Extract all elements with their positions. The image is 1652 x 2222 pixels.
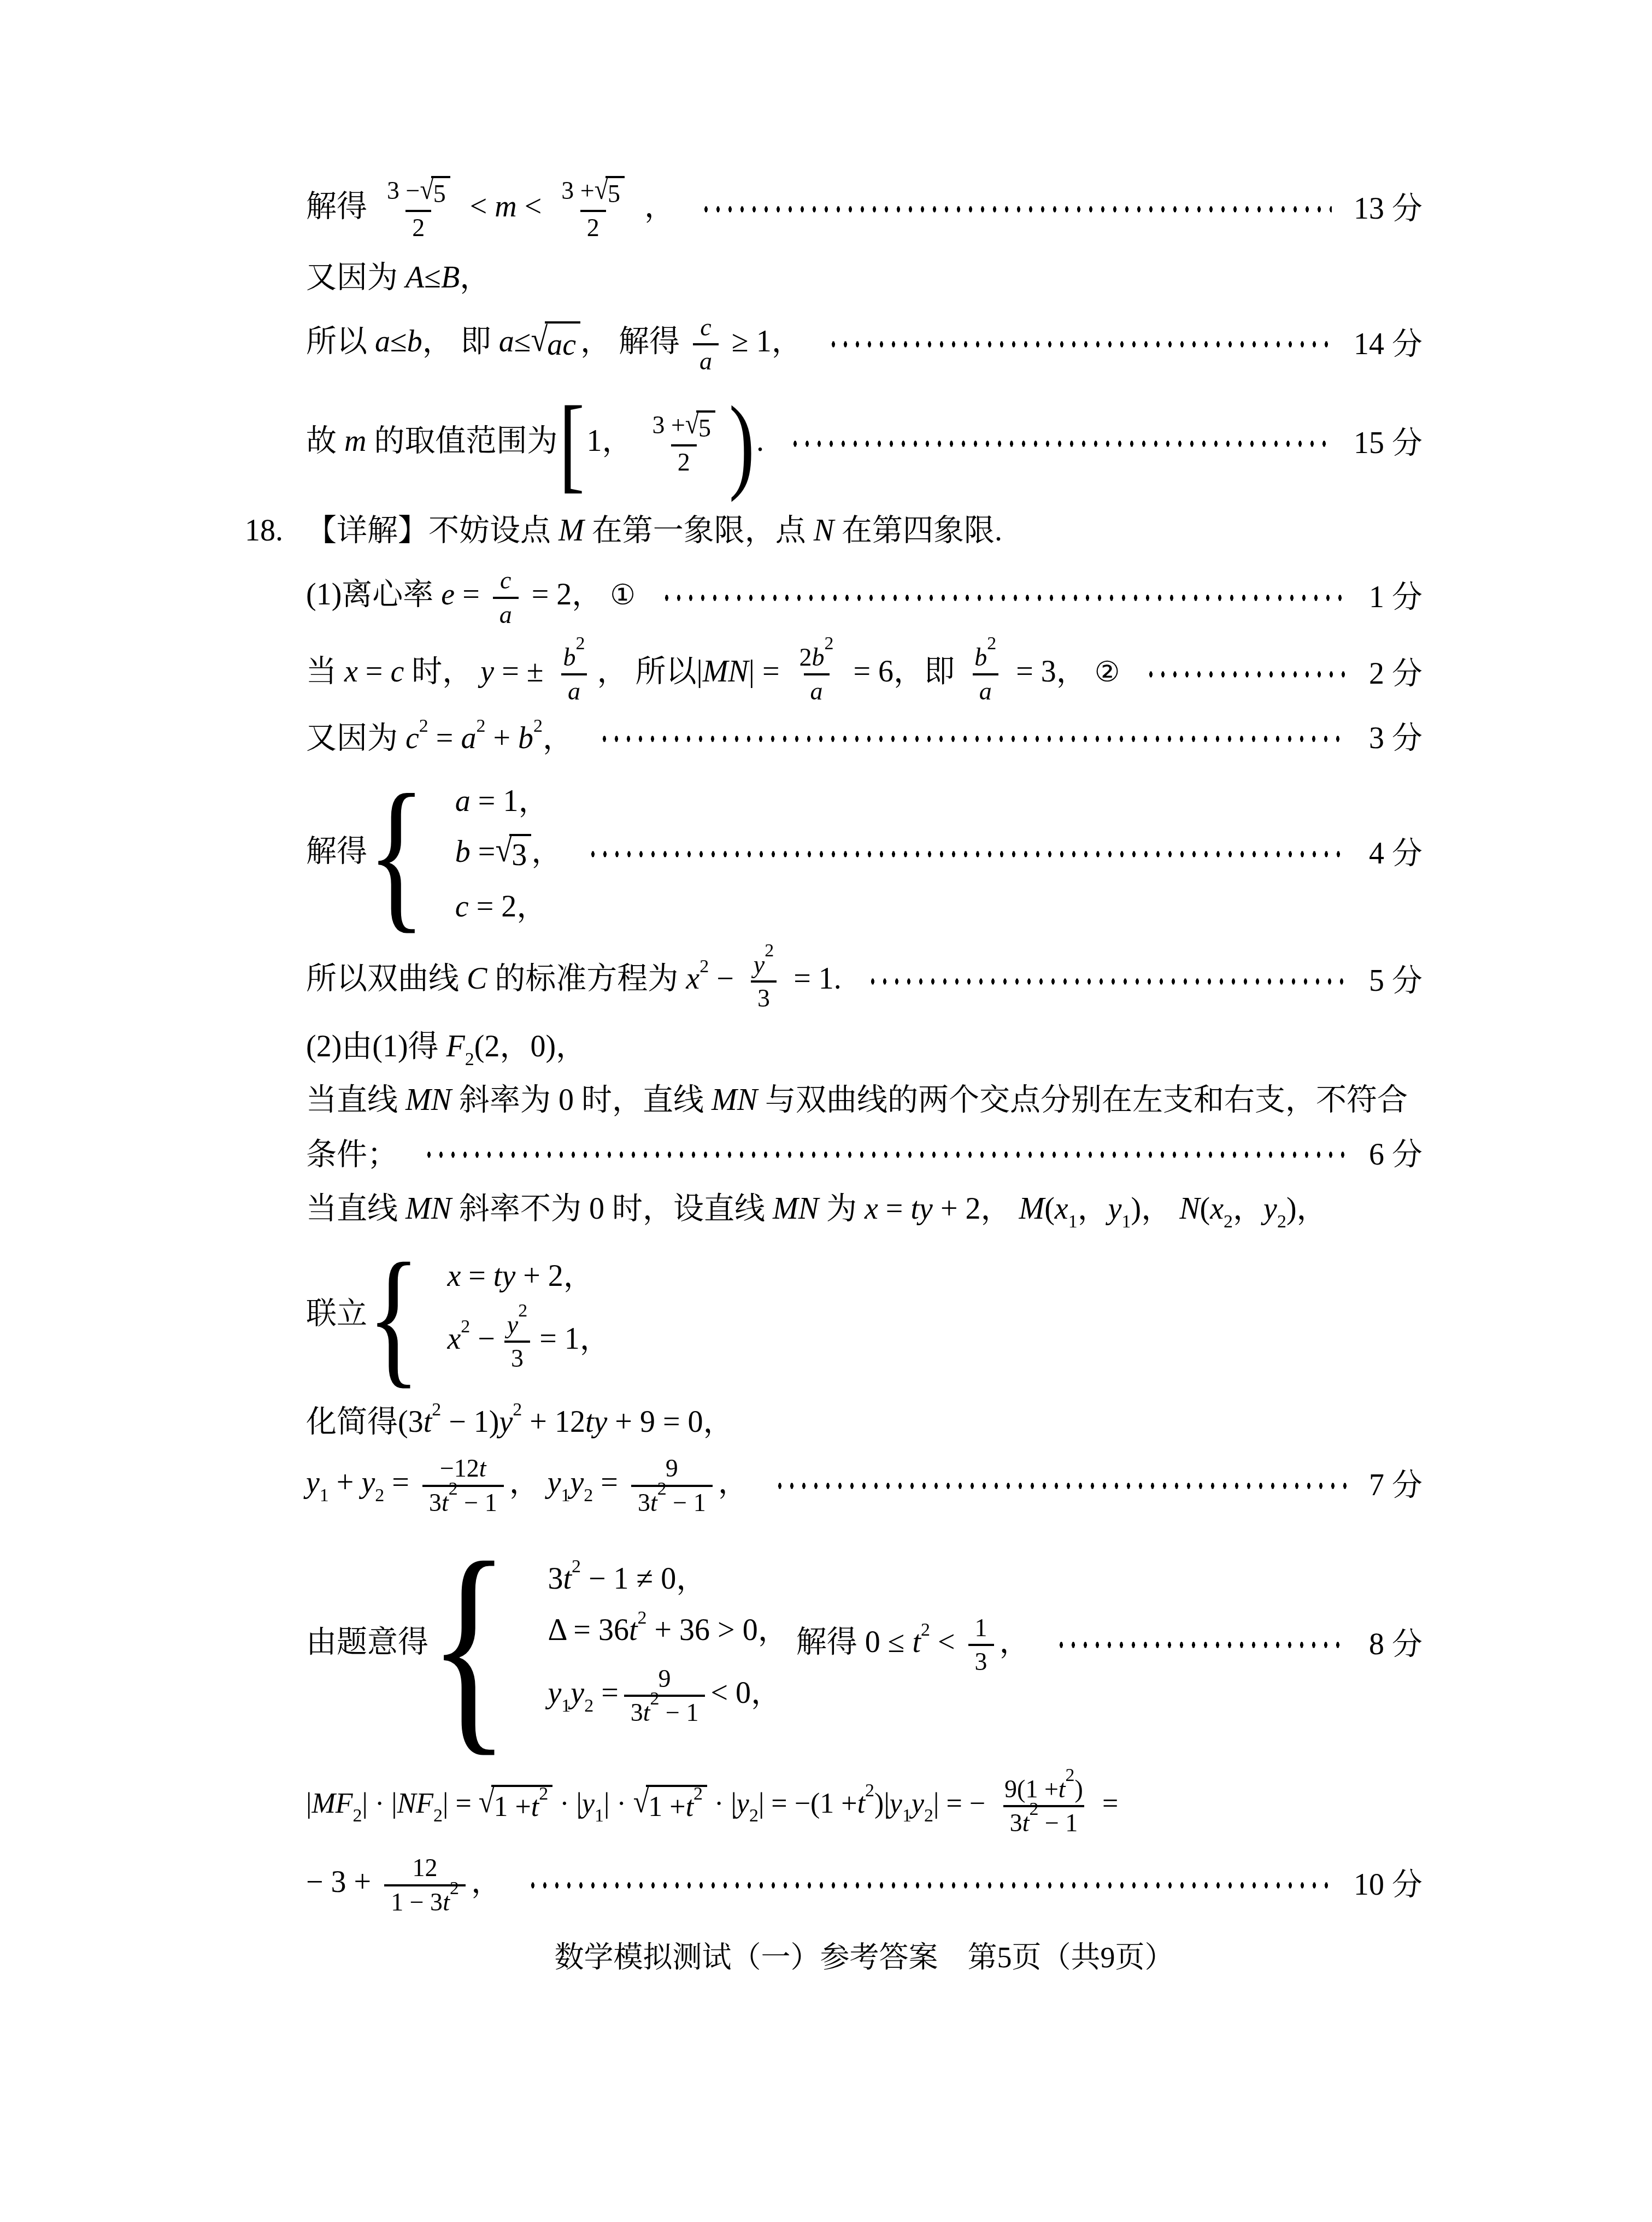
text-L3.cm3: ，	[772, 325, 802, 358]
text-L1.f2r: 5	[605, 176, 625, 209]
line-solve-abc-cases: 解得{ a = 1， b =√3， c = 2， 4 分	[306, 769, 1422, 939]
cases-group: { a = 1， b =√3， c = 2，	[367, 769, 562, 939]
text-L18.r2a: Δ = 36	[548, 1613, 629, 1647]
text-L7.f1n: b	[563, 643, 576, 671]
left-brace: {	[367, 1240, 420, 1393]
text-L15.r1x: x	[447, 1259, 461, 1293]
text-L19.tt: t	[857, 1788, 865, 1819]
dotted-leader	[528, 1879, 1332, 1891]
interval-right-paren: )	[729, 391, 755, 497]
text-L18.r3end: < 0，	[710, 1676, 781, 1710]
text-L8.a: a	[461, 721, 476, 755]
text-L19.fn2: )	[1075, 1775, 1083, 1803]
element: x = ty + 2， x2 −y23= 1，	[447, 1258, 610, 1375]
dotted-leader	[424, 1149, 1347, 1161]
text-L4.fn: 3 +	[652, 411, 685, 439]
text-L5.N: N	[814, 514, 834, 548]
text-L7.c: c	[390, 655, 404, 689]
element: 3t2 − 1	[1003, 1805, 1085, 1839]
element: 18.【详解】不妨设点 M 在第一象限，点 N 在第四象限.	[306, 510, 1002, 552]
text-L4.fd: 2	[671, 444, 697, 478]
text-L3.a2: a	[499, 325, 514, 358]
left-brace: {	[428, 1527, 510, 1762]
radical-sign: √	[495, 830, 512, 871]
text-n.two: 2	[533, 716, 543, 736]
text-L7.b2: |	[749, 655, 755, 689]
text-L6.fd: a	[493, 597, 519, 631]
element: −12t	[433, 1453, 493, 1484]
sqrt-radical: √5	[595, 176, 625, 209]
text-n.two: 2	[865, 1780, 874, 1801]
text-L19.eq: =	[1102, 1788, 1118, 1819]
element: 解得 3 −√5 2 < m < 3 +√5 2 ，	[306, 175, 675, 244]
text-L15.fn: y	[507, 1310, 518, 1338]
fraction: ca	[493, 565, 519, 631]
text-L16.t1: t	[424, 1405, 432, 1439]
element: 9(1 +t2)	[998, 1773, 1090, 1805]
text-L19.mf: MF	[311, 1788, 352, 1819]
text-L7.eq4: = 6，	[854, 655, 925, 689]
text-L8.pl: +	[493, 721, 510, 755]
text-L19.r2a: 1 +	[648, 1791, 685, 1823]
score-label: 2 分	[1369, 654, 1422, 695]
cases-group: { x = ty + 2， x2 −y23= 1，	[367, 1240, 610, 1393]
text-L6.k1: (1)离心率	[306, 578, 433, 612]
text-n.two: 2	[449, 1479, 458, 1499]
text-L7.k1: 当	[306, 655, 337, 689]
case-row: x = ty + 2，	[447, 1258, 593, 1295]
fraction: b2a	[557, 642, 592, 708]
text-L7.y: y	[480, 655, 494, 689]
element: 3 +√5	[645, 409, 722, 444]
text-L7.k2: 时，	[411, 655, 473, 689]
element: 当直线 MN 斜率不为 0 时，设直线 MN 为 x = ty + 2， M(x…	[306, 1189, 1327, 1230]
case-row: c = 2，	[455, 889, 547, 925]
fraction: 13	[968, 1612, 994, 1678]
text-L16.p2: − 1)	[449, 1405, 499, 1439]
text-L7.k4: 即	[924, 655, 955, 689]
text-L19.yb: y	[737, 1788, 749, 1819]
score-label: 5 分	[1369, 961, 1422, 1002]
text-L10.C: C	[467, 962, 487, 996]
fraction: 3 −√5 2	[380, 175, 457, 244]
text-L10.eq: = 1.	[793, 962, 842, 996]
text-L14.M: M	[1019, 1192, 1044, 1226]
text-L18.fd2: − 1	[666, 1698, 698, 1726]
text-L7.eq3: =	[762, 655, 780, 689]
element: 当 x = c 时， y = ± b2a， 所以|MN| = 2b2a = 6，…	[306, 642, 1120, 708]
text-L17.yd: y	[571, 1466, 584, 1500]
line-eccentricity: (1)离心率 e = ca = 2， ① 1 分	[306, 565, 1422, 631]
sqrt-radical: √1 +t2	[633, 1785, 707, 1826]
text-n.one: 1	[902, 1806, 912, 1826]
text-L14.ty: ty	[910, 1192, 932, 1226]
case-row: 3t2 − 1 ≠ 0，	[548, 1561, 707, 1597]
text-L12.k2: 斜率为 0 时，直线	[459, 1083, 704, 1117]
text-n.two: 2	[353, 1806, 362, 1826]
text-L7.eq2: = ±	[502, 655, 543, 689]
answer-sheet-page: 解得 3 −√5 2 < m < 3 +√5 2 ， 13 分 又因为 A≤B，…	[0, 0, 1652, 2222]
text-L13.k: 条件；	[306, 1138, 398, 1172]
text-L19.b1: |	[306, 1788, 311, 1819]
text-L4.fr: 5	[696, 410, 715, 443]
text-L9.r2cm: ，	[531, 835, 562, 869]
text-n.two: 2	[461, 1316, 470, 1337]
text-L20.fn: 12	[406, 1852, 444, 1884]
fraction: y23	[501, 1309, 534, 1375]
text-L9.r1v: a	[455, 784, 471, 818]
text-L2.k: 又因为	[306, 261, 398, 295]
text-L1.k: 解得	[306, 190, 367, 224]
text-L7.x: x	[344, 655, 358, 689]
text-L19.nf: NF	[397, 1788, 433, 1819]
text-n.two: 2	[584, 1486, 593, 1506]
text-L14.k3: 为	[826, 1192, 857, 1226]
element: y1 + y2 = −12t3t2 − 1， y1y2 = 93t2 − 1，	[306, 1453, 749, 1519]
text-L12.mn2: MN	[712, 1083, 757, 1117]
text-L7.f2d: a	[804, 673, 830, 707]
text-L16.p4: + 9 = 0，	[615, 1405, 733, 1439]
dotted-leader	[1146, 668, 1347, 680]
text-L16.p1: (3	[398, 1405, 424, 1439]
text-L10.x: x	[686, 962, 699, 996]
radical-sign: √	[685, 407, 699, 440]
text-L3.cm1: ，	[422, 325, 453, 358]
text-L3.k1: 所以	[306, 325, 367, 358]
element: 3 −√5	[380, 175, 457, 210]
text-L6.e: e	[441, 578, 455, 612]
text-L14.mn2: MN	[773, 1192, 819, 1226]
text-L11.k1: (2)由(1)得	[306, 1030, 439, 1063]
text-n.two: 2	[921, 1620, 930, 1640]
radical-sign: √	[531, 318, 548, 364]
text-L1.cm: ，	[644, 190, 675, 224]
text-n.one: 1	[595, 1806, 604, 1826]
element: (1)离心率 e = ca = 2， ①	[306, 565, 636, 631]
case-row: a = 1，	[455, 783, 549, 820]
sqrt-radical: √3	[495, 834, 531, 874]
case-row: x2 −y23= 1，	[447, 1309, 610, 1375]
text-L17.f1d3: − 1	[464, 1489, 497, 1516]
text-L1.lt1: <	[470, 190, 487, 224]
text-L14.k2: 斜率不为 0 时，设直线	[459, 1192, 765, 1226]
dotted-leader	[701, 203, 1332, 215]
line-latus-rectum: 当 x = c 时， y = ± b2a， 所以|MN| = 2b2a = 6，…	[306, 642, 1422, 708]
score-label: 8 分	[1369, 1624, 1422, 1666]
element: 2b2	[793, 642, 840, 673]
text-L10.k1: 所以双曲线	[306, 962, 459, 996]
text-L18.k1: 由题意得	[306, 1625, 428, 1659]
text-L18.r3eq: =	[601, 1676, 619, 1710]
text-L18.fdt: t	[643, 1698, 650, 1726]
text-L1.m: m	[495, 190, 516, 224]
line-slope-nonzero-setup: 当直线 MN 斜率不为 0 时，设直线 MN 为 x = ty + 2， M(x…	[306, 1189, 1422, 1230]
text-L14.eq: =	[886, 1192, 903, 1226]
text-L10.k2: 的标准方程为	[495, 962, 678, 996]
text-L14.mn1: MN	[405, 1192, 451, 1226]
text-L5.k2: 在第一象限，点	[592, 514, 806, 548]
element: b2	[968, 642, 1003, 673]
text-L19.fnt: t	[1059, 1775, 1066, 1803]
text-n.one: 1	[561, 1486, 571, 1506]
fraction: 93t2 − 1	[624, 1663, 706, 1729]
text-L15.r1ty: ty	[493, 1259, 515, 1293]
text-L15.r1eq: =	[468, 1259, 486, 1293]
text-L14.k1: 当直线	[306, 1192, 398, 1226]
line-final-value: − 3 + 121 − 3t2， 10 分	[306, 1852, 1422, 1918]
text-L16.p3: + 12	[530, 1405, 585, 1439]
score-label: 7 分	[1369, 1465, 1422, 1507]
text-L18.r1a: 3	[548, 1562, 563, 1596]
text-L3.le2: ≤	[514, 325, 531, 358]
line-condition: 条件； 6 分	[306, 1134, 1422, 1176]
text-L7.f3n: b	[974, 643, 987, 671]
element: 所以 a≤b， 即 a≤√ac， 解得 ca ≥ 1，	[306, 311, 802, 378]
text-L19.fd1: 3	[1010, 1809, 1022, 1837]
text-L17.pl: +	[337, 1466, 354, 1500]
sqrt-radical: √1 +t2	[479, 1785, 552, 1826]
element: 1 +t2	[491, 1785, 552, 1826]
text-n.two: 2	[375, 1486, 384, 1506]
text-L18.f2n: 1	[968, 1612, 994, 1644]
text-L9.r1: = 1，	[478, 784, 549, 818]
line-because-A-le-B: 又因为 A≤B，	[306, 257, 1422, 299]
text-L17.f2d3: − 1	[673, 1489, 706, 1516]
text-L20.fd1: 1 − 3	[391, 1888, 443, 1916]
text-n.two: 2	[432, 1400, 441, 1420]
text-L19.fdt: t	[1022, 1809, 1030, 1837]
text-L19.b7: | = −	[933, 1788, 985, 1819]
text-L4.k1: 故	[306, 424, 337, 458]
text-L3.ge: ≥ 1	[732, 325, 772, 358]
element: a = 1， b =√3， c = 2，	[455, 783, 562, 925]
line-m-range: 故 m 的取值范围为[1， 3 +√5 2 ). 15 分	[306, 391, 1422, 497]
dotted-leader	[868, 975, 1347, 987]
dotted-leader	[790, 438, 1332, 450]
text-n.two: 2	[1277, 1212, 1286, 1232]
sqrt-radical: √ac	[531, 321, 580, 366]
text-L15.k: 联立	[306, 1297, 367, 1331]
text-n.two: 2	[465, 1049, 474, 1069]
dotted-leader	[588, 848, 1347, 860]
text-L17.eq2: =	[601, 1466, 618, 1500]
text-L4.dot: .	[756, 424, 764, 458]
text-L17.ya: y	[306, 1466, 320, 1500]
text-L2.B: B	[441, 261, 460, 295]
text-L12.k3: 与双曲线的两个交点分别在左支和右支，不符合	[765, 1083, 1408, 1117]
text-L19.b4: | ·	[604, 1788, 626, 1819]
text-L19.ya: y	[582, 1788, 595, 1819]
text-L4.m: m	[344, 424, 366, 458]
text-L18.r2t: t	[629, 1613, 638, 1647]
score-label: 13 分	[1354, 189, 1422, 230]
text-L14.y2: y	[1263, 1192, 1277, 1226]
text-L6.eq1: =	[462, 578, 480, 612]
text-L4.k2: 的取值范围为	[374, 424, 557, 458]
text-L14.cm2: ，	[1233, 1192, 1263, 1226]
text-L14.rp2: )，	[1286, 1192, 1327, 1226]
element: 当直线 MN 斜率为 0 时，直线 MN 与双曲线的两个交点分别在左支和右支，不…	[306, 1080, 1408, 1121]
text-L16.y: y	[499, 1405, 513, 1439]
text-L17.f2d2: t	[650, 1489, 657, 1516]
text-L18.lt: <	[938, 1625, 955, 1659]
text-L15.r2x: x	[447, 1322, 461, 1356]
fraction: 3 +√5 2	[645, 409, 722, 479]
text-L18.r3yb: y	[571, 1676, 584, 1710]
text-n.two: 2	[987, 633, 996, 654]
text-L8.k: 又因为	[306, 721, 398, 755]
element: 解得{ a = 1， b =√3， c = 2，	[306, 769, 562, 939]
element: 由题意得{ 3t2 − 1 ≠ 0， Δ = 36t2 + 36 > 0， y1…	[306, 1527, 1030, 1762]
score-label: 4 分	[1369, 833, 1422, 875]
text-n.two: 2	[699, 956, 709, 977]
text-L11.rest: (2，0)，	[474, 1030, 586, 1063]
text-L14.p2: + 2，	[940, 1192, 1012, 1226]
text-L18.t: t	[912, 1625, 921, 1659]
text-L3.k3: 解得	[619, 325, 680, 358]
line-item-18-intro: 18.【详解】不妨设点 M 在第一象限，点 N 在第四象限.	[306, 510, 1422, 552]
text-L8.b: b	[518, 721, 533, 755]
text-L6.fn: c	[493, 565, 518, 596]
text-n.two: 2	[419, 716, 428, 736]
radical-sign: √	[595, 173, 608, 206]
text-L15.fd: 3	[504, 1341, 530, 1374]
element: 3t2 − 1 ≠ 0， Δ = 36t2 + 36 > 0， y1y2 =93…	[548, 1561, 788, 1729]
text-L18.r3ya: y	[548, 1676, 561, 1710]
text-n.two: 2	[765, 940, 774, 961]
text-L14.lp1: (	[1044, 1192, 1055, 1226]
text-L18.cm: ，	[1000, 1625, 1030, 1659]
left-brace: {	[367, 769, 426, 939]
dotted-leader	[599, 733, 1347, 745]
text-L1.f1d: 2	[405, 210, 431, 244]
interval-left-bracket: [	[560, 391, 585, 497]
text-L19.yd: y	[912, 1788, 924, 1819]
text-L20.cm: ，	[471, 1866, 502, 1900]
text-L17.eq1: =	[392, 1466, 409, 1500]
text-L17.yc: y	[548, 1466, 561, 1500]
element: 故 m 的取值范围为[1， 3 +√5 2 ).	[306, 391, 764, 497]
text-L7.k3: 所以	[636, 655, 697, 689]
text-L17.f1d1: 3	[429, 1489, 442, 1516]
text-L2.A: A	[405, 261, 424, 295]
text-L14.x1: x	[1055, 1192, 1068, 1226]
text-L20.p1: − 3 +	[306, 1866, 371, 1900]
text-n.two: 2	[584, 1696, 593, 1716]
text-L3.fd: a	[693, 343, 719, 377]
case-row: Δ = 36t2 + 36 > 0，	[548, 1612, 788, 1649]
text-L17.f2d1: 3	[638, 1489, 650, 1516]
text-n.two: 2	[657, 1479, 667, 1499]
text-L18.r1t: t	[563, 1562, 572, 1596]
text-L20.fdt: t	[443, 1888, 450, 1916]
fraction: 93t2 − 1	[631, 1453, 713, 1519]
text-L1.f2n: 3 +	[561, 177, 594, 204]
text-L5.k3: 在第四象限.	[842, 514, 1002, 548]
text-L18.k2: 解得	[796, 1625, 857, 1659]
fraction: y23	[747, 949, 780, 1015]
text-L3.a1: a	[375, 325, 390, 358]
element: 联立{ x = ty + 2， x2 −y23= 1，	[306, 1240, 610, 1393]
score-label: 3 分	[1369, 718, 1422, 760]
text-L7.f2n2: b	[812, 643, 825, 671]
text-n.one: 1	[320, 1486, 329, 1506]
text-L19.b5: | = −(1 +	[759, 1788, 857, 1819]
line-c2-a2-b2: 又因为 c2 = a2 + b2， 3 分	[306, 718, 1422, 760]
text-L8.cm: ，	[543, 721, 573, 755]
text-L17.f1n2: t	[479, 1454, 486, 1482]
text-L3.fn: c	[693, 311, 718, 343]
text-L3.cm2: ，	[580, 325, 611, 358]
text-L19.r1t: t	[531, 1791, 539, 1823]
fraction: −12t3t2 − 1	[422, 1453, 504, 1519]
text-L19.b6: )|	[874, 1788, 890, 1819]
text-L12.k1: 当直线	[306, 1083, 398, 1117]
text-L17.f1n1: −12	[440, 1454, 479, 1482]
text-n.two: 2	[572, 1556, 581, 1577]
line-focus-f2: (2)由(1)得 F2(2，0)，	[306, 1026, 1422, 1068]
text-L19.yc: y	[890, 1788, 902, 1819]
case-row: b =√3，	[455, 834, 562, 874]
text-n.two: 2	[576, 633, 585, 654]
text-n.two: 2	[513, 1400, 522, 1420]
circled-one: ①	[610, 579, 636, 612]
line-hyperbola-equation: 所以双曲线 C 的标准方程为 x2 − y23 = 1. 5 分	[306, 949, 1422, 1015]
dotted-leader	[775, 1480, 1347, 1492]
text-L17.yb: y	[361, 1466, 375, 1500]
text-L1.f1r: 5	[431, 176, 450, 209]
text-L7.f3d: a	[973, 673, 998, 707]
text-L18.r2b: + 36 > 0，	[654, 1613, 788, 1647]
text-L7.cm1: ，	[597, 655, 628, 689]
text-L10.mi: −	[716, 962, 734, 996]
text-L6.eq2: = 2，	[532, 578, 603, 612]
fraction: 2b2a	[793, 642, 840, 708]
text-L1.f1n: 3 −	[387, 177, 420, 204]
text-L5.k1: 【详解】不妨设点	[306, 514, 551, 548]
line-vieta: y1 + y2 = −12t3t2 − 1， y1y2 = 93t2 − 1， …	[306, 1453, 1422, 1519]
element: 条件；	[306, 1134, 398, 1176]
text-L4.inner1: 1，	[586, 424, 632, 458]
text-L2.cm: ，	[460, 261, 490, 295]
text-n.two: 2	[650, 1689, 660, 1709]
text-L17.cm2: ，	[718, 1466, 749, 1500]
text-L15.r1rest: + 2，	[523, 1259, 594, 1293]
element: 又因为 c2 = a2 + b2，	[306, 718, 573, 760]
text-n.two: 2	[1029, 1799, 1038, 1819]
dotted-leader	[1056, 1639, 1347, 1651]
text-L19.b2: | · |	[362, 1788, 397, 1819]
text-L15.r2mi: −	[478, 1322, 495, 1356]
element: b2	[557, 642, 592, 673]
text-L18.fd1: 3	[631, 1698, 643, 1726]
line-simplified-quadratic: 化简得(3t2 − 1)y2 + 12ty + 9 = 0，	[306, 1402, 1422, 1443]
element: 1 +t2	[646, 1785, 707, 1826]
text-L9.r3v: c	[455, 890, 469, 924]
text-n.two: 2	[693, 1784, 703, 1804]
fraction: 121 − 3t2	[384, 1852, 466, 1918]
text-L18.r1b: − 1 ≠ 0，	[589, 1562, 707, 1596]
text-n.two: 2	[433, 1806, 443, 1826]
cases-group: { 3t2 − 1 ≠ 0， Δ = 36t2 + 36 > 0， y1y2 =…	[428, 1527, 789, 1762]
text-L14.N: N	[1179, 1192, 1200, 1226]
text-n.two: 2	[749, 1806, 759, 1826]
text-L17.cm1: ，	[509, 1466, 540, 1500]
dotted-leader	[828, 338, 1332, 350]
element: 化简得(3t2 − 1)y2 + 12ty + 9 = 0，	[306, 1402, 734, 1443]
text-n.two: 2	[450, 1878, 459, 1898]
line-discriminant-cases: 由题意得{ 3t2 − 1 ≠ 0， Δ = 36t2 + 36 > 0， y1…	[306, 1527, 1422, 1762]
